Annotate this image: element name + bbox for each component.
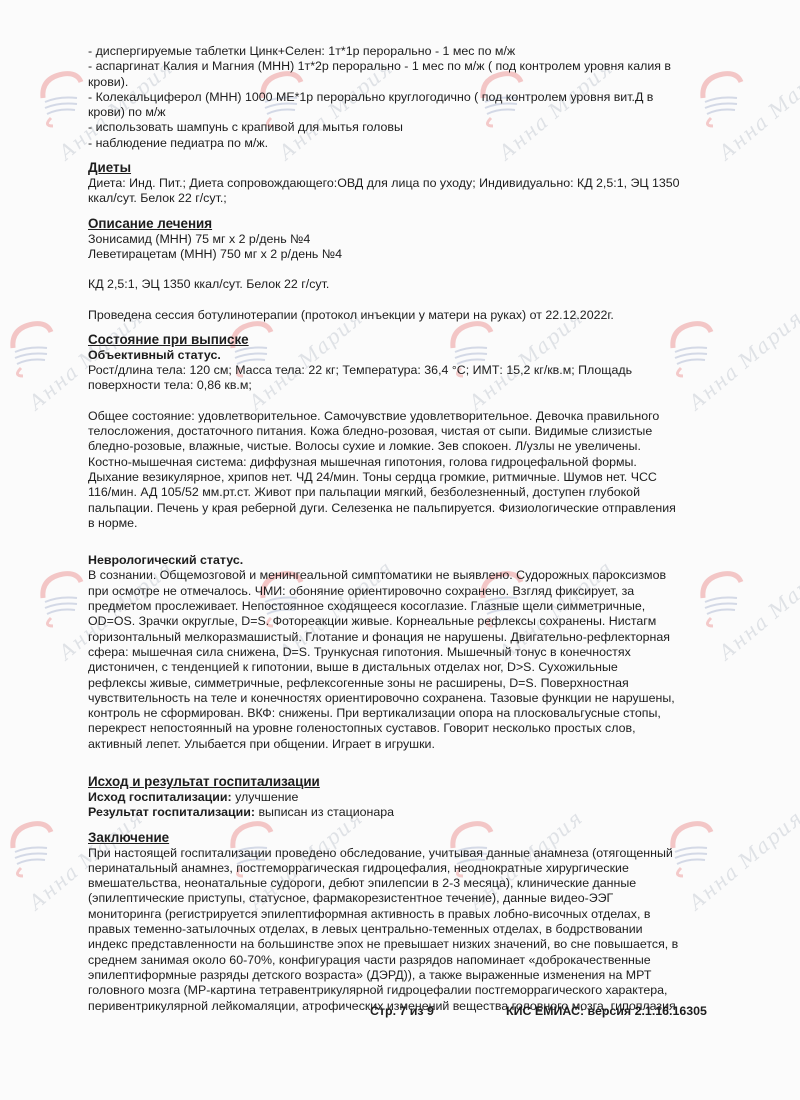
outcome-label: Исход госпитализации: — [88, 790, 232, 804]
conclusion-line: перинатальный анамнез, постгеморрагическ… — [88, 861, 710, 876]
general-line: Общее состояние: удовлетворительное. Сам… — [88, 409, 710, 424]
conclusion-line: правых теменно-затылочных отделах, в лев… — [88, 922, 710, 937]
recommendation-item: - диспергируемые таблетки Цинк+Селен: 1т… — [88, 44, 710, 59]
vitals-line: Рост/длина тела: 120 см; Масса тела: 22 … — [88, 363, 710, 378]
medication-line: Леветирацетам (МНН) 750 мг х 2 р/день №4 — [88, 247, 710, 262]
neuro-line: В сознании. Общемозговой и менингеальной… — [88, 568, 710, 583]
general-line: пальпации. Печень у края реберной дуги. … — [88, 501, 710, 516]
medication-line: Зонисамид (МНН) 75 мг х 2 р/день №4 — [88, 232, 710, 247]
conclusion-line: эпилептиформные разряды детского возраст… — [88, 968, 710, 983]
section-heading-diets: Диеты — [88, 160, 710, 176]
conclusion-line: среднем занимая около 60-70%, конфигурац… — [88, 953, 710, 968]
page-number: Стр. 7 из 9 — [370, 1004, 434, 1018]
document-page: - диспергируемые таблетки Цинк+Селен: 1т… — [88, 44, 710, 1014]
conclusion-line: головного мозга (МР-картина тетравентрик… — [88, 983, 710, 998]
neuro-line: перекрест непостоянный на уровне голенос… — [88, 721, 710, 736]
conclusion-line: мониторинга (регистрируется эпилептиформ… — [88, 907, 710, 922]
result-label: Результат госпитализации: — [88, 805, 255, 819]
conclusion-line: (эпилептические приступы, статусное, фар… — [88, 891, 710, 906]
system-version: КИС ЕМИАС: версия 2.1.16.16305 — [506, 1004, 707, 1018]
treatment-section: Описание лечения Зонисамид (МНН) 75 мг х… — [88, 216, 710, 323]
conclusion-line: При настоящей госпитализации проведено о… — [88, 846, 710, 861]
discharge-state-section: Состояние при выписке Объективный статус… — [88, 332, 710, 752]
general-line: в норме. — [88, 516, 710, 531]
general-line: телосложения, достаточного питания. Кожа… — [88, 424, 710, 439]
botox-note: Проведена сессия ботулинотерапии (проток… — [88, 308, 710, 323]
section-heading-treatment: Описание лечения — [88, 216, 710, 232]
conclusion-line: вмешательства, неонатальные судороги, де… — [88, 876, 710, 891]
recommendations-list: - диспергируемые таблетки Цинк+Селен: 1т… — [88, 44, 710, 151]
neuro-line: рефлексы живые, симметричные, рефлексоге… — [88, 676, 710, 691]
neuro-line: активный лепет. Улыбается при общении. И… — [88, 737, 710, 752]
diets-section: Диеты Диета: Инд. Пит.; Диета сопровожда… — [88, 160, 710, 207]
neuro-status-label: Неврологический статус. — [88, 553, 710, 568]
recommendation-item: крови). — [88, 75, 710, 90]
neuro-line: предметом прослеживает. Непостоянное схо… — [88, 599, 710, 614]
conclusion-section: Заключение При настоящей госпитализации … — [88, 830, 710, 1014]
neuro-line: горизонтальный мелкоразмашистый. Глотани… — [88, 630, 710, 645]
recommendation-item: крови) по м/ж — [88, 105, 710, 120]
recommendation-item: - наблюдение педиатра по м/ж. — [88, 136, 710, 151]
neuro-line: OD=OS. Зрачки округлые, D=S. Фотореакции… — [88, 614, 710, 629]
result-value: выписан из стационара — [255, 805, 394, 819]
diet-line: ккал/сут. Белок 22 г/сут.; — [88, 191, 710, 206]
neuro-status-paragraph: В сознании. Общемозговой и менингеальной… — [88, 568, 710, 752]
neuro-line: чувствительность на теле и конечностях о… — [88, 691, 710, 706]
section-heading-discharge-state: Состояние при выписке — [88, 332, 710, 348]
general-line: 116/мин. АД 105/52 мм.рт.ст. Живот при п… — [88, 485, 710, 500]
section-heading-conclusion: Заключение — [88, 830, 710, 846]
objective-status-label: Объективный статус. — [88, 348, 710, 363]
conclusion-line: индекс представленности на большинстве э… — [88, 937, 710, 952]
general-status-paragraph: Общее состояние: удовлетворительное. Сам… — [88, 409, 710, 531]
neuro-line: сфера: мышечная сила снижена, D=S. Трунк… — [88, 645, 710, 660]
general-line: Костно-мышечная система: диффузная мышеч… — [88, 455, 710, 470]
vitals-line: поверхности тела: 0,86 кв.м; — [88, 378, 710, 393]
recommendation-item: - аспаргинат Калия и Магния (МНН) 1т*2р … — [88, 59, 710, 74]
outcome-value: улучшение — [232, 790, 299, 804]
result-row: Результат госпитализации: выписан из ста… — [88, 805, 710, 820]
neuro-line: при осмотре не отмечалось. ЧМИ: обоняние… — [88, 584, 710, 599]
outcome-row: Исход госпитализации: улучшение — [88, 790, 710, 805]
section-heading-outcome: Исход и результат госпитализации — [88, 774, 710, 790]
neuro-line: контроль не сформирован. ВКФ: снижены. П… — [88, 706, 710, 721]
general-line: бледно-розовые, влажные, чистые. Волосы … — [88, 439, 710, 454]
outcome-section: Исход и результат госпитализации Исход г… — [88, 774, 710, 821]
neuro-line: дистоничен, с тенденцией к гипотонии, вы… — [88, 660, 710, 675]
general-line: Дыхание везикулярное, хрипов нет. ЧД 24/… — [88, 470, 710, 485]
recommendation-item: - Колекальциферол (МНН) 1000 МЕ*1р перор… — [88, 90, 710, 105]
recommendation-item: - использовать шампунь с крапивой для мы… — [88, 120, 710, 135]
diet-line: Диета: Инд. Пит.; Диета сопровождающего:… — [88, 176, 710, 191]
diet-note: КД 2,5:1, ЭЦ 1350 ккал/сут. Белок 22 г/с… — [88, 277, 710, 292]
